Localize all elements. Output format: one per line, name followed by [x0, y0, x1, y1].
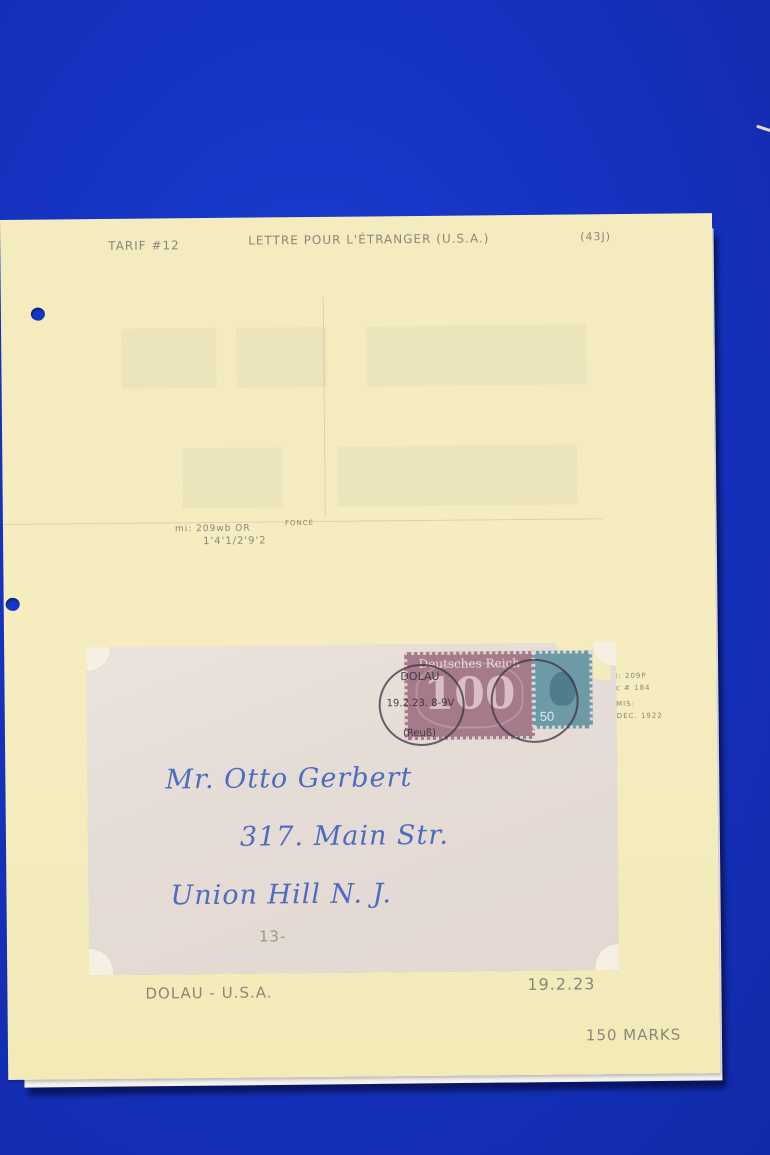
page-reference: (43J) [580, 230, 611, 243]
ghost-mount [182, 447, 283, 508]
binder-hole-bottom [6, 598, 20, 611]
address-street: 317. Main Str. [240, 820, 449, 853]
address-name: Mr. Otto Gerbert [165, 762, 412, 795]
ghost-mount [337, 444, 578, 506]
postmark-town: DOLAU [400, 670, 439, 683]
lint-fiber [756, 125, 770, 135]
side-note-date: DEC. 1922 [617, 712, 663, 720]
page-title: LETTRE POUR L'ÉTRANGER (U.S.A.) [248, 231, 489, 247]
photo-corner [64, 625, 110, 671]
pencil-mark: 13- [259, 927, 287, 945]
album-page: TARIF #12 LETTRE POUR L'ÉTRANGER (U.S.A.… [0, 213, 720, 1080]
cover-date: 19.2.23 [527, 974, 595, 994]
postmark-circle-second [490, 658, 579, 743]
ghost-mount [121, 328, 217, 389]
tarif-label: TARIF #12 [108, 238, 180, 253]
ghost-mount [366, 324, 587, 386]
shade-note: FONCÉ [285, 519, 314, 527]
ghost-mount [236, 327, 327, 388]
mounted-envelope: Deutsches Reich 100 50 DOLAU 19.2.23. 8-… [86, 642, 619, 975]
postmark-date: 19.2.23. 8-9V [387, 698, 455, 710]
binder-hole-top [31, 308, 45, 321]
route-label: DOLAU - U.S.A. [145, 983, 272, 1002]
postage-rate: 150 MARKS [586, 1025, 682, 1044]
photo-corner [67, 949, 113, 995]
plate-note: 1'4'1/2'9'2 [203, 535, 267, 547]
postmark-region: (Reuß) [403, 728, 436, 739]
photo-corner [595, 944, 641, 990]
photo-corner [592, 620, 638, 666]
address-city: Union Hill N. J. [170, 878, 392, 911]
catalog-note: mi: 209wb OR [175, 524, 251, 535]
